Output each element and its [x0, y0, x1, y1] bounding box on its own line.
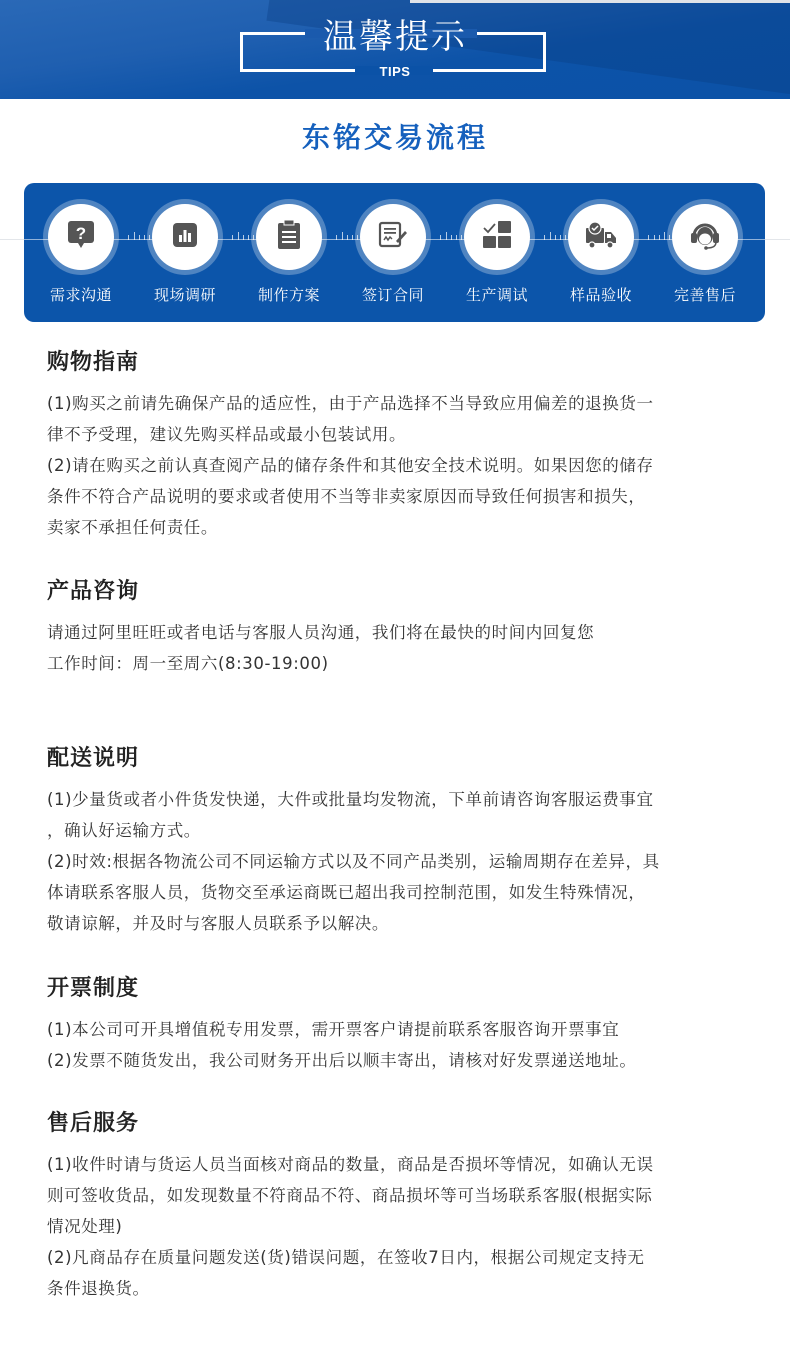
step-label: 生产调试: [442, 285, 552, 305]
section-invoice-policy: 开票制度 (1)本公司可开具增值税专用发票，需开票客户请提前联系客服咨询开票事宜…: [47, 974, 747, 1076]
section-line: 卖家不承担任何责任。: [47, 512, 747, 543]
section-delivery-info: 配送说明 (1)少量货或者小件货发快递，大件或批量均发物流，下单前请咨询客服运费…: [47, 744, 747, 939]
delivery-truck-icon: [585, 221, 617, 253]
step-label: 现场调研: [130, 285, 240, 305]
question-chat-icon: ?: [67, 220, 95, 254]
check-blocks-icon: [482, 221, 512, 253]
banner-title: 温馨提示: [0, 15, 790, 59]
section-line: 体请联系客服人员，货物交至承运商既已超出我司控制范围，如发生特殊情况，: [47, 877, 747, 908]
step-label: 样品验收: [546, 285, 656, 305]
section-line: 情况处理): [47, 1211, 747, 1242]
step-label: 签订合同: [338, 285, 448, 305]
section-body: (1)购买之前请先确保产品的适应性，由于产品选择不当导致应用偏差的退换货一 律不…: [47, 388, 747, 543]
section-heading: 配送说明: [47, 744, 747, 774]
svg-text:?: ?: [76, 224, 86, 243]
section-line: 条件退换货。: [47, 1273, 747, 1304]
section-line: (1)收件时请与货运人员当面核对商品的数量，商品是否损坏等情况，如确认无误: [47, 1149, 747, 1180]
section-body: 请通过阿里旺旺或者电话与客服人员沟通，我们将在最快的时间内回复您 工作时间：周一…: [47, 617, 747, 679]
step-label: 完善售后: [650, 285, 760, 305]
section-line: 条件不符合产品说明的要求或者使用不当等非卖家原因而导致任何损害和损失，: [47, 481, 747, 512]
headset-service-icon: [689, 219, 721, 255]
section-line: (1)少量货或者小件货发快递，大件或批量均发物流，下单前请咨询客服运费事宜: [47, 784, 747, 815]
section-product-consulting: 产品咨询 请通过阿里旺旺或者电话与客服人员沟通，我们将在最快的时间内回复您 工作…: [47, 577, 747, 679]
section-heading: 开票制度: [47, 974, 747, 1004]
section-line: (2)时效:根据各物流公司不同运输方式以及不同产品类别，运输周期存在差异，具: [47, 846, 747, 877]
step-production-debug: 生产调试: [452, 199, 542, 319]
clipboard-icon: [277, 220, 301, 254]
step-demand-communication: ? 需求沟通: [36, 199, 126, 319]
banner-subtitle: TIPS: [0, 64, 790, 80]
section-line: (2)凡商品存在质量问题发送(货)错误问题，在签收7日内，根据公司规定支持无: [47, 1242, 747, 1273]
section-line: 请通过阿里旺旺或者电话与客服人员沟通，我们将在最快的时间内回复您: [47, 617, 747, 648]
section-line: (1)购买之前请先确保产品的适应性，由于产品选择不当导致应用偏差的退换货一: [47, 388, 747, 419]
section-line: (2)发票不随货发出，我公司财务开出后以顺丰寄出，请核对好发票递送地址。: [47, 1045, 747, 1076]
bar-chart-icon: [172, 222, 198, 252]
step-sample-acceptance: 样品验收: [556, 199, 646, 319]
sign-contract-icon: [378, 221, 408, 253]
step-make-plan: 制作方案: [244, 199, 334, 319]
section-heading: 购物指南: [47, 348, 747, 378]
section-heading: 产品咨询: [47, 577, 747, 607]
section-line: 律不予受理，建议先购买样品或最小包装试用。: [47, 419, 747, 450]
section-line: (1)本公司可开具增值税专用发票，需开票客户请提前联系客服咨询开票事宜: [47, 1014, 747, 1045]
step-after-sales: 完善售后: [660, 199, 750, 319]
flow-title: 东铭交易流程: [0, 120, 790, 156]
step-site-survey: 现场调研: [140, 199, 230, 319]
section-body: (1)本公司可开具增值税专用发票，需开票客户请提前联系客服咨询开票事宜 (2)发…: [47, 1014, 747, 1076]
tips-banner: 温馨提示 TIPS: [0, 0, 790, 99]
section-line: 敬请谅解，并及时与客服人员联系予以解决。: [47, 908, 747, 939]
section-line: ，确认好运输方式。: [47, 815, 747, 846]
section-shopping-guide: 购物指南 (1)购买之前请先确保产品的适应性，由于产品选择不当导致应用偏差的退换…: [47, 348, 747, 543]
section-body: (1)收件时请与货运人员当面核对商品的数量，商品是否损坏等情况，如确认无误 则可…: [47, 1149, 747, 1304]
process-panel: ? 需求沟通 现场调研: [24, 183, 765, 322]
section-line: 则可签收货品，如发现数量不符商品不符、商品损坏等可当场联系客服(根据实际: [47, 1180, 747, 1211]
section-line: 工作时间：周一至周六(8:30-19:00): [47, 648, 747, 679]
banner-top-line: [410, 0, 790, 3]
section-line: (2)请在购买之前认真查阅产品的储存条件和其他安全技术说明。如果因您的储存: [47, 450, 747, 481]
section-heading: 售后服务: [47, 1109, 747, 1139]
section-after-sales: 售后服务 (1)收件时请与货运人员当面核对商品的数量，商品是否损坏等情况，如确认…: [47, 1109, 747, 1304]
step-label: 制作方案: [234, 285, 344, 305]
section-body: (1)少量货或者小件货发快递，大件或批量均发物流，下单前请咨询客服运费事宜 ，确…: [47, 784, 747, 939]
step-sign-contract: 签订合同: [348, 199, 438, 319]
step-label: 需求沟通: [26, 285, 136, 305]
